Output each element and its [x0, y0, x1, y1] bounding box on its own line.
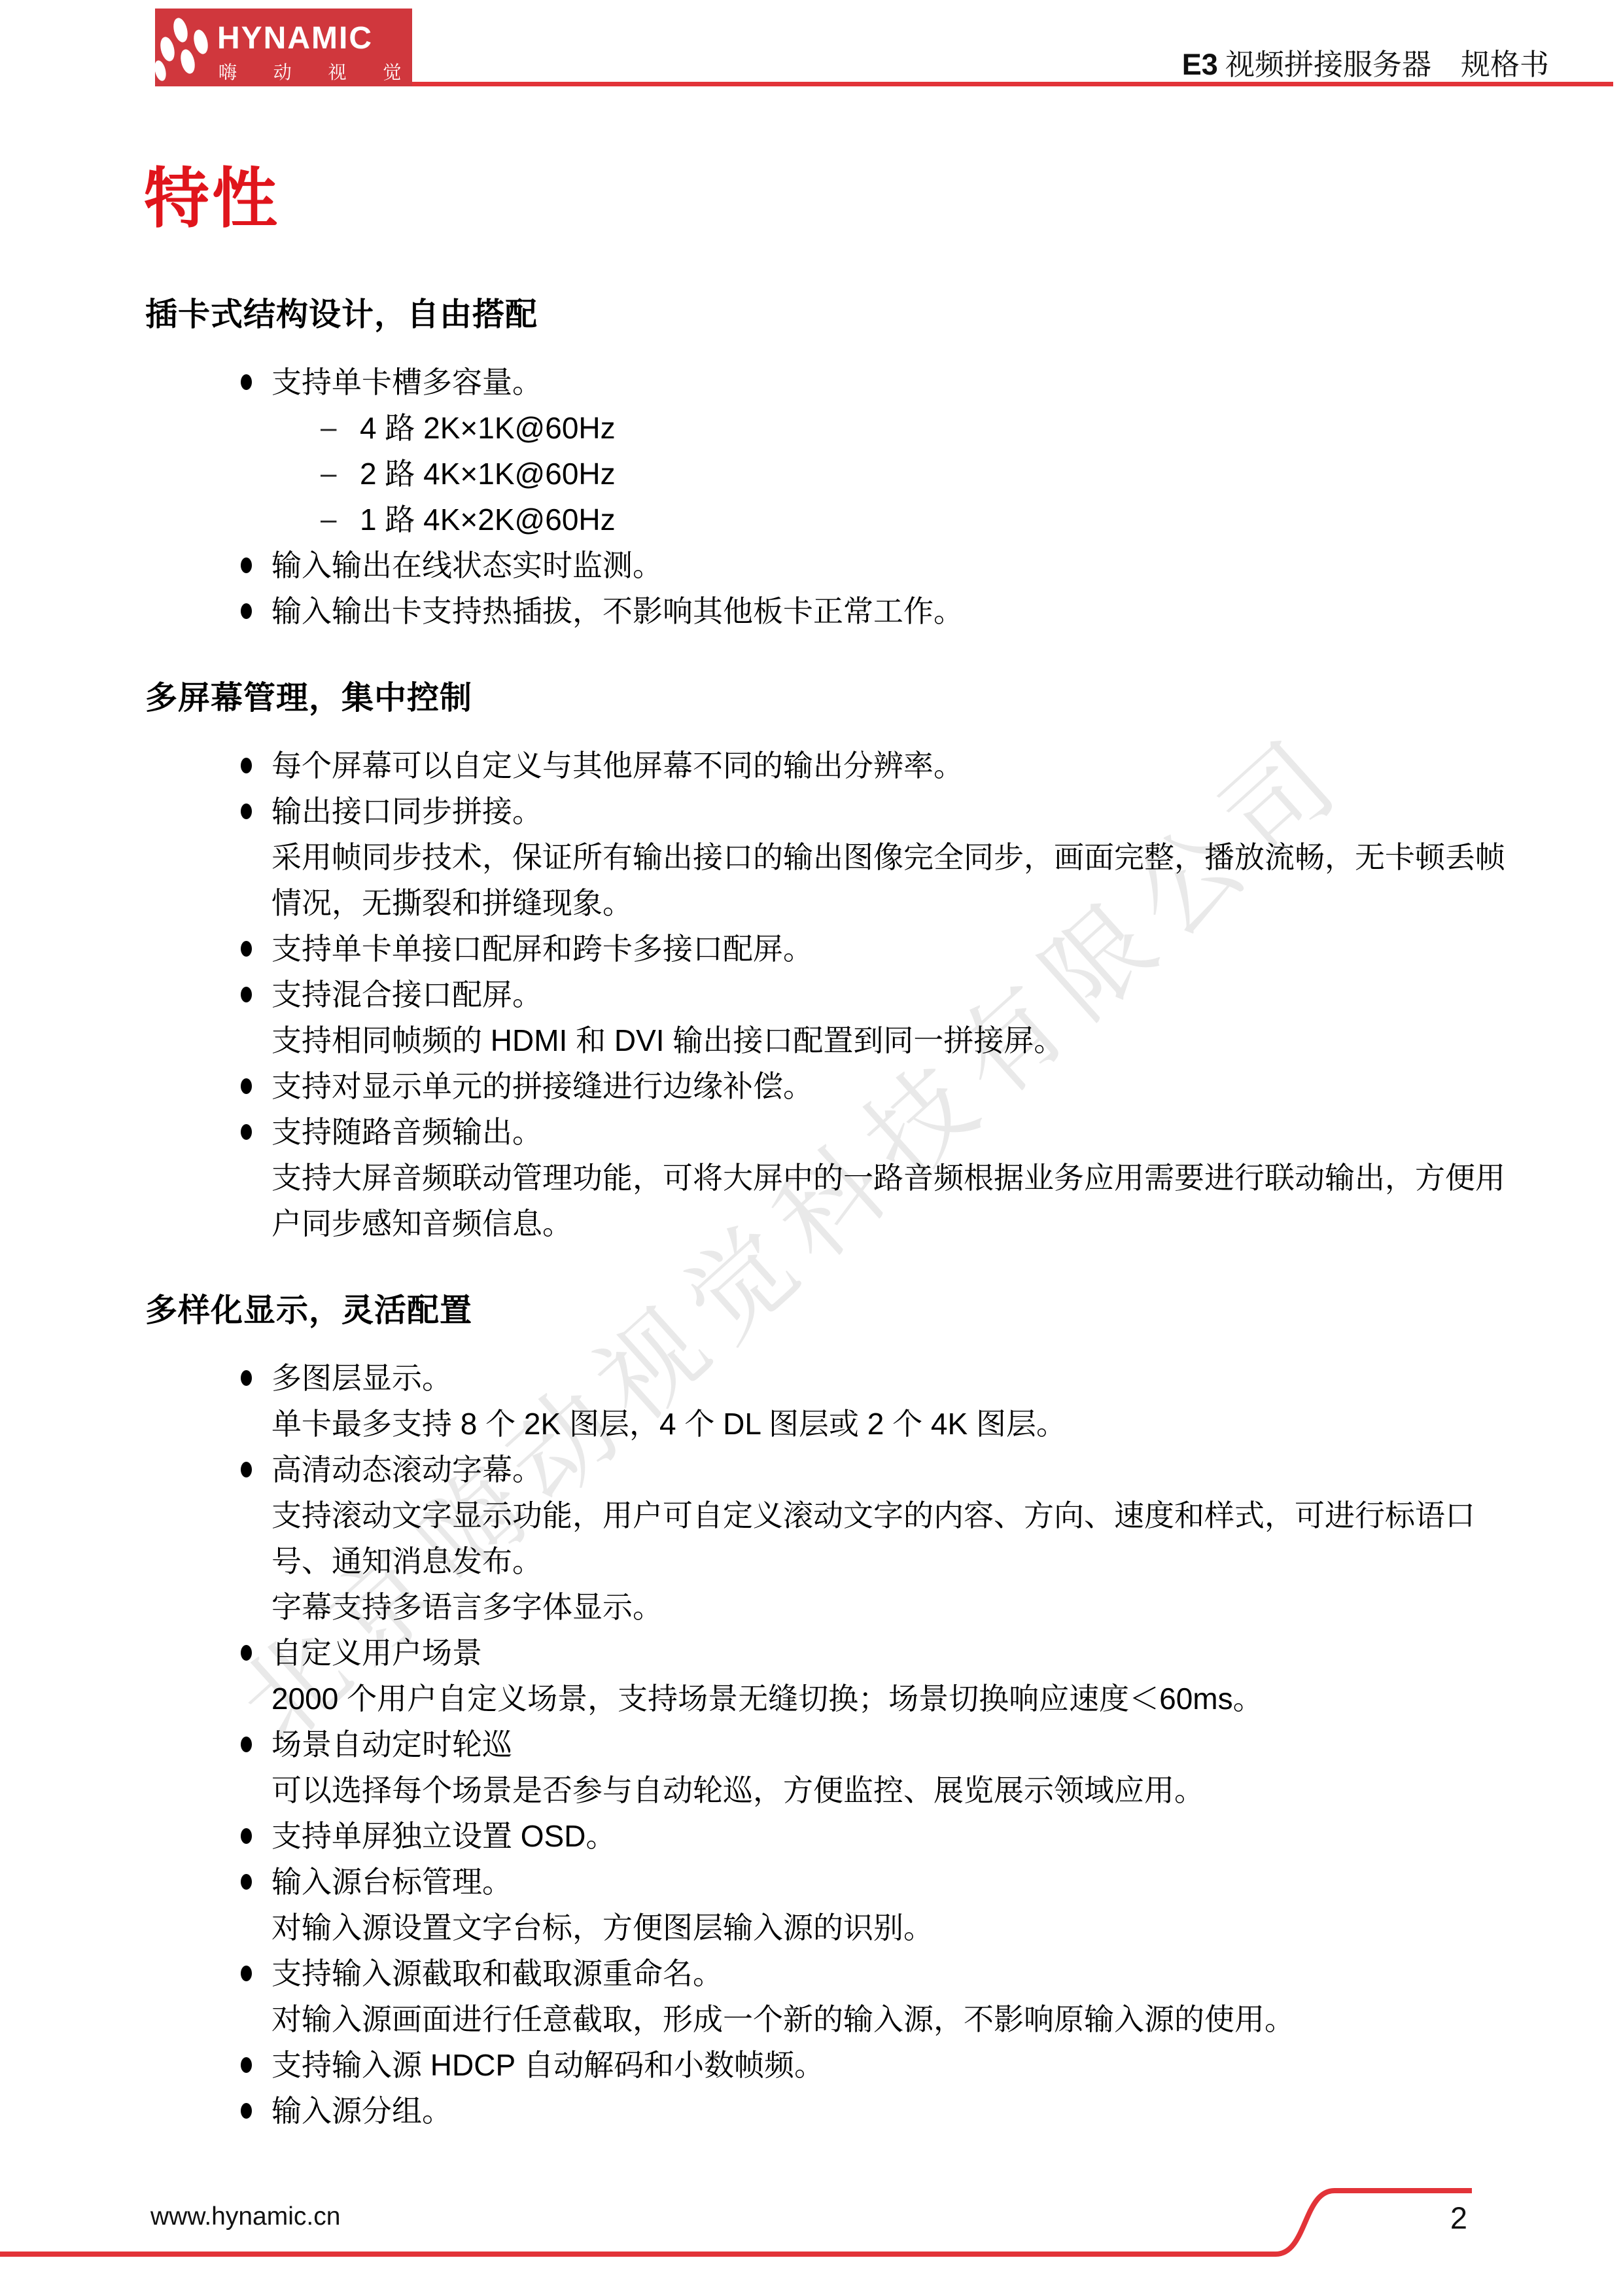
bullet-item: 输入源分组。: [145, 2088, 1493, 2134]
line-text: 2000 个用户自定义场景，支持场景无缝切换；场景切换响应速度＜60ms。: [271, 1676, 1263, 1722]
sub-bullet-item: –2 路 4K×1K@60Hz: [145, 451, 1493, 497]
bullet-item: 每个屏幕可以自定义与其他屏幕不同的输出分辨率。: [145, 743, 1493, 788]
line-text: 字幕支持多语言多字体显示。: [271, 1584, 663, 1630]
line-text: 输入输出卡支持热插拔，不影响其他板卡正常工作。: [271, 588, 964, 634]
paragraph-line: 支持相同帧频的 HDMI 和 DVI 输出接口配置到同一拼接屏。: [145, 1017, 1493, 1063]
bullet-item: 支持对显示单元的拼接缝进行边缘补偿。: [145, 1063, 1493, 1109]
line-text: 支持单卡单接口配屏和跨卡多接口配屏。: [271, 926, 813, 972]
line-text: 单卡最多支持 8 个 2K 图层，4 个 DL 图层或 2 个 4K 图层。: [271, 1401, 1066, 1447]
line-text: 支持输入源 HDCP 自动解码和小数帧频。: [271, 2042, 824, 2088]
line-text: 自定义用户场景: [271, 1630, 482, 1676]
bullet-dot-icon: [241, 987, 252, 1002]
line-text: 多图层显示。: [271, 1355, 452, 1401]
bullet-item: 输出接口同步拼接。: [145, 788, 1493, 834]
spec-document-page: 北京嗨动视觉科技有限公司 HYNAMIC 嗨 动 视 觉 E3 视频拼接服务器 …: [0, 0, 1623, 2296]
bullet-item: 支持单卡单接口配屏和跨卡多接口配屏。: [145, 926, 1493, 972]
paragraph-line: 2000 个用户自定义场景，支持场景无缝切换；场景切换响应速度＜60ms。: [145, 1676, 1493, 1722]
bullet-dot-icon: [241, 603, 252, 619]
logo-brand-text: HYNAMIC: [217, 20, 404, 56]
bullet-item: 支持单卡槽多容量。: [145, 359, 1493, 405]
hynamic-logo: HYNAMIC 嗨 动 视 觉: [155, 9, 412, 86]
bullet-dot-icon: [241, 1078, 252, 1094]
footer-url: www.hynamic.cn: [150, 2202, 340, 2231]
line-text: 支持混合接口配屏。: [271, 972, 542, 1017]
logo-subbrand-text: 嗨 动 视 觉: [218, 58, 406, 84]
bullet-dot-icon: [241, 2057, 252, 2073]
line-text: 支持输入源截取和截取源重命名。: [271, 1951, 723, 1996]
line-text: 号、通知消息发布。: [271, 1538, 542, 1584]
bullet-dot-icon: [241, 2103, 252, 2119]
bullet-dot-icon: [241, 1828, 252, 1844]
section-heading: 多样化显示，灵活配置: [145, 1292, 1493, 1329]
line-text: 支持随路音频输出。: [271, 1109, 542, 1155]
bullet-item: 支持随路音频输出。: [145, 1109, 1493, 1155]
page-title: 特性: [144, 162, 280, 236]
line-text: 情况，无撕裂和拼缝现象。: [271, 880, 633, 926]
line-text: 支持单卡槽多容量。: [271, 359, 542, 405]
bullet-dot-icon: [241, 1874, 252, 1890]
doc-title: E3 视频拼接服务器 规格书: [1182, 41, 1549, 83]
bullet-item: 高清动态滚动字幕。: [145, 1447, 1493, 1492]
doc-title-rest: 视频拼接服务器 规格书: [1225, 48, 1549, 81]
paragraph-line: 可以选择每个场景是否参与自动轮巡，方便监控、展览展示领域应用。: [145, 1767, 1493, 1813]
line-text: 支持单屏独立设置 OSD。: [271, 1813, 616, 1859]
sub-bullet-item: –1 路 4K×2K@60Hz: [145, 497, 1493, 542]
line-text: 每个屏幕可以自定义与其他屏幕不同的输出分辨率。: [271, 743, 964, 788]
page-number: 2: [1439, 2200, 1478, 2236]
bullet-item: 自定义用户场景: [145, 1630, 1493, 1676]
bullet-dot-icon: [241, 1966, 252, 1981]
line-text: 支持对显示单元的拼接缝进行边缘补偿。: [271, 1063, 813, 1109]
section-heading: 多屏幕管理，集中控制: [145, 680, 1493, 716]
line-text: 4 路 2K×1K@60Hz: [360, 405, 616, 451]
bullet-item: 支持输入源截取和截取源重命名。: [145, 1951, 1493, 1996]
bullet-dot-icon: [241, 1124, 252, 1140]
paragraph-line: 字幕支持多语言多字体显示。: [145, 1584, 1493, 1630]
bullet-dot-icon: [241, 804, 252, 819]
line-text: 采用帧同步技术，保证所有输出接口的输出图像完全同步，画面完整，播放流畅，无卡顿丢…: [271, 834, 1505, 880]
bullet-item: 输入输出卡支持热插拔，不影响其他板卡正常工作。: [145, 588, 1493, 634]
line-text: 输入源分组。: [271, 2088, 452, 2134]
paragraph-line: 情况，无撕裂和拼缝现象。: [145, 880, 1493, 926]
paragraph-line: 单卡最多支持 8 个 2K 图层，4 个 DL 图层或 2 个 4K 图层。: [145, 1401, 1493, 1447]
bullet-dot-icon: [241, 1645, 252, 1661]
bullet-item: 支持输入源 HDCP 自动解码和小数帧频。: [145, 2042, 1493, 2088]
bullet-item: 场景自动定时轮巡: [145, 1722, 1493, 1767]
bullet-dot-icon: [241, 941, 252, 957]
paragraph-line: 户同步感知音频信息。: [145, 1201, 1493, 1246]
bullet-dot-icon: [241, 1737, 252, 1752]
paragraph-line: 对输入源设置文字台标，方便图层输入源的识别。: [145, 1905, 1493, 1951]
bullet-dot-icon: [241, 557, 252, 573]
line-text: 2 路 4K×1K@60Hz: [360, 451, 616, 497]
line-text: 支持滚动文字显示功能，用户可自定义滚动文字的内容、方向、速度和样式，可进行标语口: [271, 1492, 1475, 1538]
dash-bullet-icon: –: [321, 497, 336, 542]
paragraph-line: 对输入源画面进行任意截取，形成一个新的输入源，不影响原输入源的使用。: [145, 1996, 1493, 2042]
dash-bullet-icon: –: [321, 451, 336, 497]
line-text: 高清动态滚动字幕。: [271, 1447, 542, 1492]
feature-content: 插卡式结构设计，自由搭配支持单卡槽多容量。–4 路 2K×1K@60Hz–2 路…: [145, 296, 1493, 2134]
bullet-item: 支持混合接口配屏。: [145, 972, 1493, 1017]
line-text: 可以选择每个场景是否参与自动轮巡，方便监控、展览展示领域应用。: [271, 1767, 1204, 1813]
bullet-item: 支持单屏独立设置 OSD。: [145, 1813, 1493, 1859]
bullet-dot-icon: [241, 374, 252, 390]
line-text: 输入源台标管理。: [271, 1859, 512, 1905]
sub-bullet-item: –4 路 2K×1K@60Hz: [145, 405, 1493, 451]
bullet-dot-icon: [241, 1462, 252, 1477]
bullet-dot-icon: [241, 1370, 252, 1386]
line-text: 输出接口同步拼接。: [271, 788, 542, 834]
line-text: 1 路 4K×2K@60Hz: [360, 497, 616, 542]
line-text: 对输入源设置文字台标，方便图层输入源的识别。: [271, 1905, 934, 1951]
paragraph-line: 支持大屏音频联动管理功能，可将大屏中的一路音频根据业务应用需要进行联动输出，方便…: [145, 1155, 1493, 1201]
bullet-item: 输入源台标管理。: [145, 1859, 1493, 1905]
line-text: 户同步感知音频信息。: [271, 1201, 572, 1246]
bullet-dot-icon: [241, 758, 252, 773]
dash-bullet-icon: –: [321, 405, 336, 451]
bullet-item: 多图层显示。: [145, 1355, 1493, 1401]
hynamic-logo-icon: [155, 9, 220, 86]
bullet-item: 输入输出在线状态实时监测。: [145, 542, 1493, 588]
line-text: 支持相同帧频的 HDMI 和 DVI 输出接口配置到同一拼接屏。: [271, 1017, 1064, 1063]
paragraph-line: 支持滚动文字显示功能，用户可自定义滚动文字的内容、方向、速度和样式，可进行标语口: [145, 1492, 1493, 1538]
paragraph-line: 采用帧同步技术，保证所有输出接口的输出图像完全同步，画面完整，播放流畅，无卡顿丢…: [145, 834, 1493, 880]
line-text: 场景自动定时轮巡: [271, 1722, 512, 1767]
section-heading: 插卡式结构设计，自由搭配: [145, 296, 1493, 333]
doc-model: E3: [1182, 48, 1218, 81]
line-text: 对输入源画面进行任意截取，形成一个新的输入源，不影响原输入源的使用。: [271, 1996, 1295, 2042]
line-text: 输入输出在线状态实时监测。: [271, 542, 663, 588]
line-text: 支持大屏音频联动管理功能，可将大屏中的一路音频根据业务应用需要进行联动输出，方便…: [271, 1155, 1505, 1201]
paragraph-line: 号、通知消息发布。: [145, 1538, 1493, 1584]
